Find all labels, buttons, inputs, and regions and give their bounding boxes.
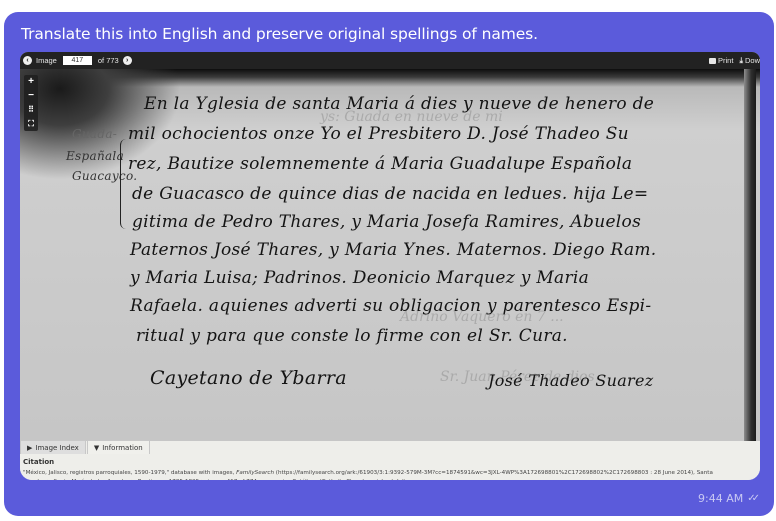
print-button[interactable]: Print — [709, 56, 733, 65]
next-image-icon[interactable]: › — [123, 56, 132, 65]
grid-view-icon[interactable]: ⠿ — [24, 105, 38, 116]
signature-curate: José Thadeo Suarez — [488, 371, 654, 390]
manuscript-line: Rafaela. aquienes adverti su obligacion … — [130, 296, 651, 316]
margin-bracket — [120, 139, 128, 229]
margin-note: Guada- — [72, 127, 117, 141]
manuscript-line: y Maria Luisa; Padrinos. Deonicio Marque… — [130, 268, 589, 288]
tab-image-index[interactable]: ▶ Image Index — [20, 440, 86, 454]
zoom-controls: + − ⠿ ⛶ — [24, 75, 38, 131]
tab-label: Information — [102, 444, 143, 452]
citation-text: "México, Jalisco, registros parroquiales… — [23, 470, 236, 476]
manuscript-line: En la Yglesia de santa Maria á dies y nu… — [144, 94, 654, 114]
citation-source: FamilySearch — [236, 470, 274, 476]
citation-heading: Citation — [23, 458, 757, 466]
zoom-out-button[interactable]: − — [24, 91, 38, 102]
message-timestamp: 9:44 AM — [698, 492, 743, 505]
citation-text-line-2: Angeles > Santa María de los Angeles > B… — [23, 478, 757, 481]
download-icon: ⤓ — [739, 56, 743, 66]
image-viewer-toolbar: ‹ Image 417 of 773 › Print ⤓ Dow — [20, 52, 760, 69]
manuscript-line: ritual y para que conste lo firme con el… — [136, 326, 568, 346]
collapse-arrow-icon: ▼ — [94, 444, 99, 452]
manuscript-image[interactable]: ys: Guada en nueve de mi Adrino Vaquero … — [20, 69, 760, 441]
download-button[interactable]: ⤓ Dow — [739, 56, 760, 66]
manuscript-line: gitima de Pedro Thares, y Maria Josefa R… — [132, 212, 641, 232]
download-label: Dow — [745, 56, 760, 65]
message-text: Translate this into English and preserve… — [21, 25, 538, 43]
zoom-in-button[interactable]: + — [24, 77, 38, 88]
signature-priest: Cayetano de Ybarra — [150, 367, 347, 389]
tab-label: Image Index — [35, 444, 78, 452]
image-label: Image — [36, 56, 57, 65]
margin-note: Españala — [66, 149, 124, 163]
manuscript-line: Paternos José Thares, y Maria Ynes. Mate… — [130, 240, 657, 260]
printer-icon — [709, 58, 716, 64]
double-check-icon: ✓✓ — [747, 493, 756, 504]
viewer-tabs: ▶ Image Index ▼ Information — [20, 440, 150, 454]
print-label: Print — [718, 56, 733, 65]
expand-arrow-icon: ▶ — [27, 444, 32, 452]
page-edge — [744, 69, 756, 441]
tab-information[interactable]: ▼ Information — [87, 440, 150, 454]
previous-image-icon[interactable]: ‹ — [23, 56, 32, 65]
manuscript-line: rez, Bautize solemnemente á Maria Guadal… — [128, 154, 632, 174]
citation-text-line-1: "México, Jalisco, registros parroquiales… — [23, 469, 757, 478]
image-total: of 773 — [98, 56, 119, 65]
chat-message-bubble: Translate this into English and preserve… — [4, 12, 774, 516]
manuscript-line: mil ochocientos onze Yo el Presbitero D.… — [128, 124, 629, 144]
fullscreen-icon[interactable]: ⛶ — [24, 119, 38, 130]
citation-url[interactable]: (https://familysearch.org/ark:/61903/3:1… — [274, 470, 713, 476]
attached-screenshot[interactable]: ‹ Image 417 of 773 › Print ⤓ Dow ys: Gua… — [20, 52, 760, 480]
message-meta: 9:44 AM ✓✓ — [698, 492, 756, 505]
image-number-input[interactable]: 417 — [63, 56, 92, 65]
citation-panel: Citation "México, Jalisco, registros par… — [20, 454, 760, 480]
manuscript-line: de Guacasco de quince dias de nacida en … — [132, 184, 648, 204]
